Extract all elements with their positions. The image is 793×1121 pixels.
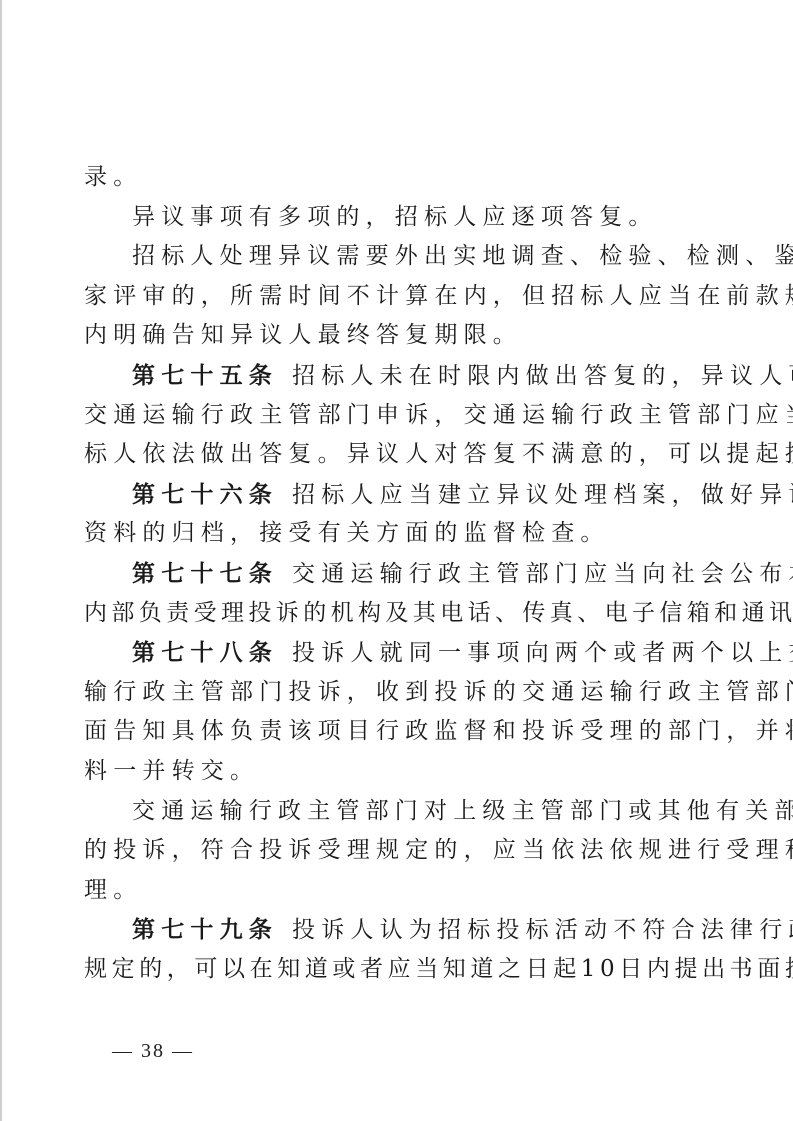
text-line: 内明确告知异议人最终答复期限。 xyxy=(84,316,734,356)
text-line: 招标人处理异议需要外出实地调查、检验、检测、鉴定、专 xyxy=(84,237,734,277)
article-line: 第七十七条交通运输行政主管部门应当向社会公布本部门 xyxy=(84,554,734,594)
text-line: 异议事项有多项的，招标人应逐项答复。 xyxy=(84,198,734,238)
text-line: 交通运输行政主管部门对上级主管部门或其他有关部门转交 xyxy=(84,792,734,832)
page-number: — 38 — xyxy=(112,1040,194,1063)
body-text: 录。 异议事项有多项的，招标人应逐项答复。 招标人处理异议需要外出实地调查、检验… xyxy=(84,158,734,989)
article-number: 第七十六条 xyxy=(132,481,278,508)
text-line: 规定的，可以在知道或者应当知道之日起10日内提出书面投诉。 xyxy=(84,950,734,990)
text-line: 投诉人认为招标投标活动不符合法律行政法规 xyxy=(292,917,793,943)
article-line: 第七十五条招标人未在时限内做出答复的，异议人可以向 xyxy=(84,356,734,396)
article-number: 第七十八条 xyxy=(132,639,278,666)
text-line: 招标人应当建立异议处理档案，做好异议处理 xyxy=(292,482,793,508)
article-number: 第七十九条 xyxy=(132,916,278,943)
article-line: 第七十九条投诉人认为招标投标活动不符合法律行政法规 xyxy=(84,910,734,950)
article-number: 第七十五条 xyxy=(132,362,278,389)
text-line: 的投诉，符合投诉受理规定的，应当依法依规进行受理和调查处 xyxy=(84,831,734,871)
text-line: 标人依法做出答复。异议人对答复不满意的，可以提起投诉。 xyxy=(84,435,734,475)
text-line: 内部负责受理投诉的机构及其电话、传真、电子信箱和通讯地址。 xyxy=(84,594,734,634)
text-line: 料一并转交。 xyxy=(84,752,734,792)
article-line: 第七十八条投诉人就同一事项向两个或者两个以上交通运 xyxy=(84,633,734,673)
text-line: 交通运输行政主管部门申诉，交通运输行政主管部门应当责令招 xyxy=(84,396,734,436)
article-number: 第七十七条 xyxy=(132,560,278,587)
document-page: 录。 异议事项有多项的，招标人应逐项答复。 招标人处理异议需要外出实地调查、检验… xyxy=(0,0,793,1121)
text-line: 资料的归档，接受有关方面的监督检查。 xyxy=(84,514,734,554)
text-line: 家评审的，所需时间不计算在内，但招标人应当在前款规定时限 xyxy=(84,277,734,317)
text-line: 理。 xyxy=(84,871,734,911)
text-line: 招标人未在时限内做出答复的，异议人可以向 xyxy=(292,363,793,389)
article-line: 第七十六条招标人应当建立异议处理档案，做好异议处理 xyxy=(84,475,734,515)
text-line: 投诉人就同一事项向两个或者两个以上交通运 xyxy=(292,640,793,666)
text-line: 面告知具体负责该项目行政监督和投诉受理的部门，并将投诉材 xyxy=(84,712,734,752)
text-line: 录。 xyxy=(84,158,734,198)
text-line: 输行政主管部门投诉，收到投诉的交通运输行政主管部门应当书 xyxy=(84,673,734,713)
text-line: 交通运输行政主管部门应当向社会公布本部门 xyxy=(292,561,793,587)
scan-artifact xyxy=(0,0,2,1121)
